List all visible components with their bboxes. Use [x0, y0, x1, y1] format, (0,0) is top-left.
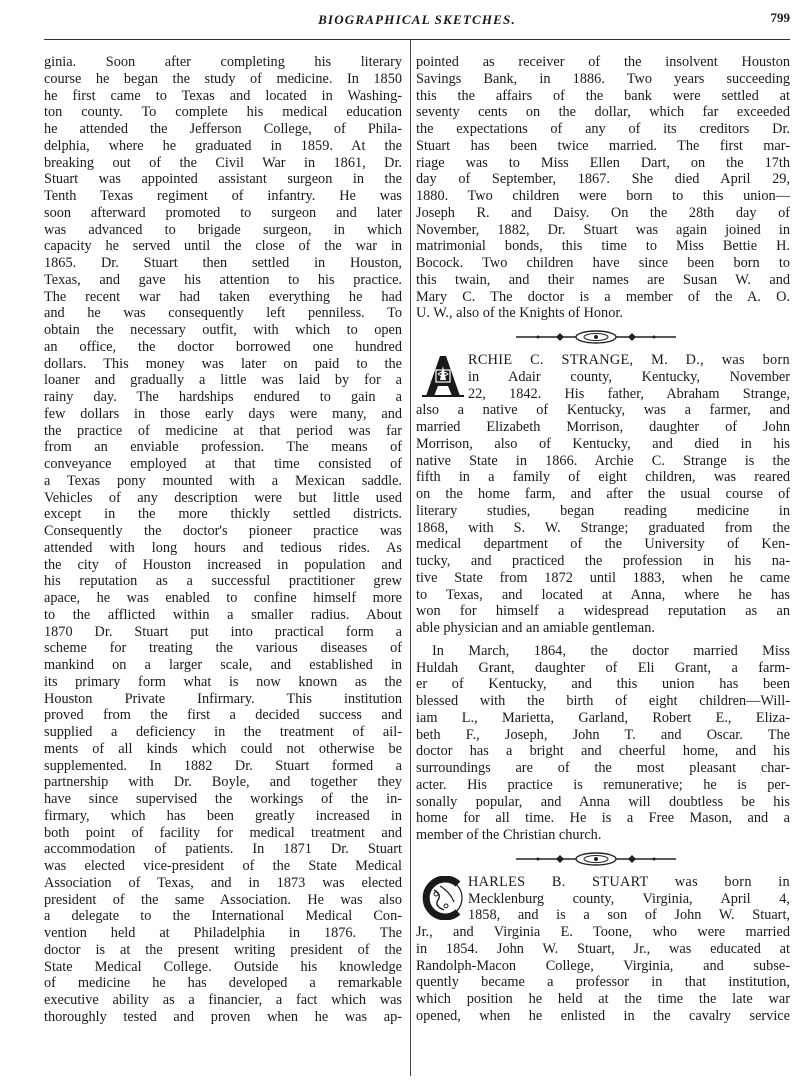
text-line: RCHIE C. STRANGE, M. D., was born	[416, 352, 790, 369]
text-line: blessed with the birth of eight children…	[416, 693, 790, 710]
text-line: accommodation of patients. In 1871 Dr. S…	[44, 841, 402, 858]
text-line: 22, 1842. His father, Abraham Strange,	[416, 386, 790, 403]
text-line: his reputation as a successful practitio…	[44, 573, 402, 590]
stuart-biography-continued: ginia. Soon after completing his literar…	[44, 54, 402, 1026]
text-line: opened, when he enlisted in the cavalry …	[416, 1008, 790, 1025]
text-line: ginia. Soon after completing his literar…	[44, 54, 402, 71]
header-rule	[44, 39, 790, 40]
text-line: doctor has a bright and cheerful home, a…	[416, 743, 790, 760]
text-line: matrimonial bonds, this time to Miss Bet…	[416, 238, 790, 255]
text-line: literary studies, began reading medicine…	[416, 503, 790, 520]
text-line: attended with long hours and tedious rid…	[44, 540, 402, 557]
text-line: both point of facility for medical treat…	[44, 825, 402, 842]
text-line: pointed as receiver of the insolvent Hou…	[416, 54, 790, 71]
text-line: Tenth Texas regiment of infantry. He was	[44, 188, 402, 205]
text-line: the expectations of any of its creditors…	[416, 121, 790, 138]
text-line: Association of Texas, and in 1873 was el…	[44, 875, 402, 892]
text-line: able physician and an amiable gentleman.	[416, 620, 790, 637]
text-line: State Medical College. Outside his knowl…	[44, 959, 402, 976]
text-line: thoroughly tested and proven when he was…	[44, 1009, 402, 1026]
text-line: to the afflicted within a smaller radius…	[44, 607, 402, 624]
text-line: mankind on a larger scale, and establish…	[44, 657, 402, 674]
running-title: BIOGRAPHICAL SKETCHES.	[44, 12, 790, 28]
ornament-icon	[516, 330, 676, 344]
text-line: this twain, and their names are Susan W.…	[416, 272, 790, 289]
strange-biography: RCHIE C. STRANGE, M. D., was born in Ada…	[416, 352, 790, 844]
text-line: beth F., Joseph, John T. and Oscar. The	[416, 727, 790, 744]
text-line: member of the Christian church.	[416, 827, 790, 844]
text-line: Morrison, also of Kentucky, and died in …	[416, 436, 790, 453]
text-line: Vehicles of any description were but lit…	[44, 490, 402, 507]
text-line: obtain the necessary outfit, with which …	[44, 322, 402, 339]
text-line: Mary C. The doctor is a member of the A.…	[416, 289, 790, 306]
text-line: Houston Private Infirmary. This institut…	[44, 691, 402, 708]
drop-cap-c-icon	[422, 876, 464, 920]
text-line: have since supervised the workings of th…	[44, 791, 402, 808]
text-line: of medicine he has developed a remarkabl…	[44, 975, 402, 992]
text-line: er of Kentucky, and this union has been	[416, 676, 790, 693]
text-line: capacity he served until the close of th…	[44, 238, 402, 255]
text-line: partnership with Dr. Boyle, and together…	[44, 774, 402, 791]
text-line: riage was to Miss Ellen Dart, on the 17t…	[416, 155, 790, 172]
text-line: Randolph-Macon College, Virginia, and su…	[416, 958, 790, 975]
page-number: 799	[771, 10, 791, 26]
text-line: Joseph R. and Daisy. On the 28th day of	[416, 205, 790, 222]
text-line: few dollars in those early days were man…	[44, 406, 402, 423]
text-line: The recent war had taken everything he h…	[44, 289, 402, 306]
text-line: ments of all kinds which could not other…	[44, 741, 402, 758]
ornament-icon	[516, 852, 676, 866]
text-line: soon afterward promoted to surgeon and l…	[44, 205, 402, 222]
left-column: ginia. Soon after completing his literar…	[44, 54, 402, 1026]
text-line: supplied a deficiency in the treatment o…	[44, 724, 402, 741]
text-line: iam L., Marietta, Garland, Robert E., El…	[416, 710, 790, 727]
text-line: scheme for treating the various diseases…	[44, 640, 402, 657]
text-line: the city of Houston increased in populat…	[44, 557, 402, 574]
text-line: he attended the Jefferson College, of Ph…	[44, 121, 402, 138]
text-line: Bocock. Two children have since been bor…	[416, 255, 790, 272]
text-line: HARLES B. STUART was born in	[416, 874, 790, 891]
text-line: a delegate to the International Medical …	[44, 908, 402, 925]
text-line: 1858, and is a son of John W. Stuart,	[416, 907, 790, 924]
text-line: breaking out of the Civil War in 1861, D…	[44, 155, 402, 172]
text-line: executive ability as a financier, a fact…	[44, 992, 402, 1009]
text-line: married Elizabeth Morrison, daughter of …	[416, 419, 790, 436]
text-line: supplemented. In 1882 Dr. Stuart formed …	[44, 758, 402, 775]
text-line: acter. His practice is remunerative; he …	[416, 777, 790, 794]
text-line: In March, 1864, the doctor married Miss	[416, 643, 790, 660]
column-divider	[410, 40, 411, 1076]
text-line: delphia, where he graduated in 1859. At …	[44, 138, 402, 155]
text-line: Huldah Grant, daughter of Eli Grant, a f…	[416, 660, 790, 677]
page-header: BIOGRAPHICAL SKETCHES. 799	[44, 4, 790, 34]
text-line: ton county. To complete his medical educ…	[44, 104, 402, 121]
text-line: rainy day. The hardships endured to gain…	[44, 389, 402, 406]
text-line: except in the more thickly settled distr…	[44, 506, 402, 523]
text-line: tive State from 1872 until 1883, when he…	[416, 570, 790, 587]
text-line: and he was consequently left penniless. …	[44, 305, 402, 322]
section-divider-ornament	[416, 844, 790, 874]
text-line: day of September, 1867. She died April 2…	[416, 171, 790, 188]
right-column: pointed as receiver of the insolvent Hou…	[416, 54, 790, 1025]
text-line: on the home farm, and after the usual co…	[416, 486, 790, 503]
text-line: apace, he was enabled to confine himself…	[44, 590, 402, 607]
text-line: home for all time. He is a Free Mason, a…	[416, 810, 790, 827]
text-line: also a native of Kentucky, was a farmer,…	[416, 402, 790, 419]
text-line: this the affairs of the bank were settle…	[416, 88, 790, 105]
text-line: the practice of medicine at that period …	[44, 423, 402, 440]
text-line: doctor is at the present writing preside…	[44, 942, 402, 959]
text-line: Consequently the doctor's pioneer practi…	[44, 523, 402, 540]
text-line: dollars. This money was later on paid to…	[44, 356, 402, 373]
text-line: was elected vice-president of the State …	[44, 858, 402, 875]
text-line: November, 1882, Dr. Stuart was again joi…	[416, 222, 790, 239]
text-line: medical department of the University of …	[416, 536, 790, 553]
stuart-biography-end: pointed as receiver of the insolvent Hou…	[416, 54, 790, 322]
charles-stuart-biography: HARLES B. STUART was born in Mecklenburg…	[416, 874, 790, 1025]
text-line: in Adair county, Kentucky, November	[416, 369, 790, 386]
text-line: president of the same Association. He wa…	[44, 892, 402, 909]
section-divider-ornament	[416, 322, 790, 352]
text-line: in 1854. John W. Stuart, Jr., was educat…	[416, 941, 790, 958]
text-line: to Texas, and located at Anna, where he …	[416, 587, 790, 604]
text-line: 1870 Dr. Stuart put into practical form …	[44, 624, 402, 641]
text-line: 1880. Two children were born to this uni…	[416, 188, 790, 205]
text-line: its primary form what is now known as th…	[44, 674, 402, 691]
text-line: quently became a professor in that insti…	[416, 974, 790, 991]
text-line: from an enviable profession. The means o…	[44, 439, 402, 456]
text-line: 1865. Dr. Stuart then settled in Houston…	[44, 255, 402, 272]
text-line: Stuart was appointed assistant surgeon i…	[44, 171, 402, 188]
text-line: fifth in a family of eight children, was…	[416, 469, 790, 486]
text-line: Savings Bank, in 1886. Two years succeed…	[416, 71, 790, 88]
text-line: tucky, and practiced the profession in h…	[416, 553, 790, 570]
text-line: Jr., and Virginia E. Toone, who were mar…	[416, 924, 790, 941]
text-line: conveyance employed at that time consist…	[44, 456, 402, 473]
text-line: 1868, with S. W. Strange; graduated from…	[416, 520, 790, 537]
text-line: he first came to Texas and located in Wa…	[44, 88, 402, 105]
text-line: surroundings are of the most pleasant ch…	[416, 760, 790, 777]
text-line: an office, the doctor borrowed one hundr…	[44, 339, 402, 356]
drop-cap-a-icon	[422, 354, 464, 398]
text-line: native State in 1866. Archie C. Strange …	[416, 453, 790, 470]
text-line: which position he held at the time the l…	[416, 991, 790, 1008]
text-line: proved from the first a decided success …	[44, 707, 402, 724]
text-line: firmary, which has been greatly increase…	[44, 808, 402, 825]
text-line: sonally popular, and Anna will doubtless…	[416, 794, 790, 811]
text-line: course he began the study of medicine. I…	[44, 71, 402, 88]
text-line: a Texas pony mounted with a Mexican sadd…	[44, 473, 402, 490]
text-line: Texas, and gave his attention to his pra…	[44, 272, 402, 289]
text-line: Stuart has been twice married. The first…	[416, 138, 790, 155]
text-line: seventy cents on the dollar, which far e…	[416, 104, 790, 121]
text-line: Mecklenburg county, Virginia, April 4,	[416, 891, 790, 908]
text-line: was advanced to brigade surgeon, in whic…	[44, 222, 402, 239]
text-line: won for himself a widespread reputation …	[416, 603, 790, 620]
text-line: U. W., also of the Knights of Honor.	[416, 305, 790, 322]
text-line: loaner and gradually a little was laid b…	[44, 372, 402, 389]
text-line: vention held at Philadelphia in 1876. Th…	[44, 925, 402, 942]
